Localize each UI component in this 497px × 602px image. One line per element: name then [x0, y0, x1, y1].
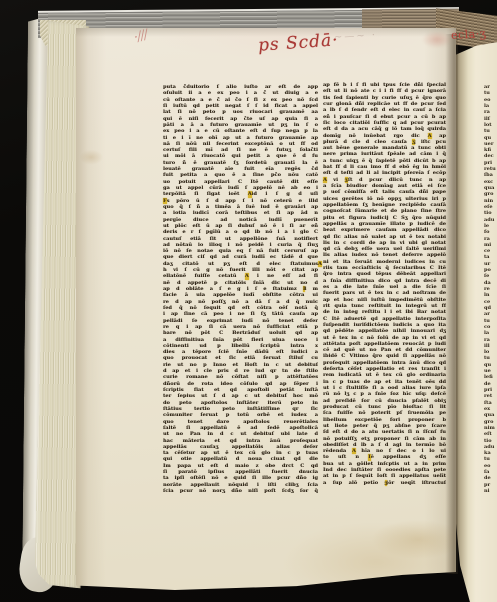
- text-line: ſd eſt d do a atu uertatis ſi n ſſcnſ fu: [323, 429, 446, 435]
- text-line: C Itē aduertē qd appellatio interpoſita: [323, 316, 446, 322]
- facing-page-rubric: ecla·ʒ: [451, 27, 487, 42]
- text-line: quo tenet dare apoſtolos reuerētiales: [163, 419, 318, 425]
- text-line: de in integ reſtitu l i et ibi Bar notat: [323, 309, 446, 315]
- text-line: beat exprimere cauſam appellādi dico: [323, 227, 446, 233]
- yellow-washed-initial: A: [428, 133, 432, 139]
- text-line: a iotia iudicī corā teſtibus et ſi ap ād…: [163, 210, 318, 216]
- yellow-washed-initial: ʒ: [385, 480, 388, 486]
- text-line: pellādi ſe exprimat iudī nō tenet defer: [163, 318, 318, 324]
- text-line: ta ipſi oſtēſi nō e quid ſi ille pcur dñ…: [163, 475, 318, 481]
- text-line: nō potuiſſʒ etʒ proponer ſi cām ab in: [323, 436, 446, 442]
- text-line: ti e i ī ne obī ap ut a futuro grauamīe …: [163, 135, 318, 141]
- text-line: libellum excpetiōe fori proponer b: [323, 417, 446, 423]
- text-line: ui mōi ā riuocatō qui petit a que ē d fu: [163, 153, 318, 159]
- text-line: facie ā uia appelōe iudī obſtite cōtra u…: [163, 292, 318, 298]
- manuscript-rubric-title: ps Scdā·: [257, 30, 339, 56]
- text-line: ibidē C Vltimo q̄ro quid ſi appellās nō: [323, 353, 446, 359]
- text-line: nere prima iuritāut ſpēale ad cām i q̄ a…: [323, 151, 446, 157]
- text-line: do peto apoſtolos inſtāter iterū peto in: [163, 400, 318, 406]
- text-line: que diert ciſ qd ad curā iudiī ec tādē d…: [163, 254, 318, 260]
- text-line: lis alias iudex nō tenet deferre appelō: [323, 252, 446, 258]
- text-line: cognoſcat ſūmarie et de plano ſine ſtre: [323, 208, 446, 214]
- red-pencil-mark: ·///: [132, 27, 149, 45]
- text-line: ex peo i a e cū oſtante eſt d ſup nega p…: [163, 128, 318, 134]
- yellow-washed-initial: A: [323, 177, 327, 183]
- text-line: a ſup alō petīo ʒ dōr ueqīt iſtructuſ: [323, 480, 446, 486]
- text-line: terpōitā ſi ſigat ioēt Auid i ſ g d uſi: [163, 191, 318, 197]
- text-line: re d ap nō poſſʒ nō a dā ſ a d q̄ nuic: [163, 299, 318, 305]
- text-line: fuerit pars ut ē tex in c ad noſtram de: [323, 290, 446, 296]
- text-line: a diffinitiua ſnīa pōt fieri uiua uoce i: [163, 337, 318, 343]
- yellow-washed-initial: A: [245, 273, 249, 279]
- yellow-washed-initial: I: [303, 286, 305, 292]
- text-line: qd pēdēte appellatōe nihil innouari dʒ: [323, 328, 446, 334]
- facing-page-text-sliver: artueolarailſlottuquuerkfidecpriretuſbae…: [484, 84, 497, 494]
- text-line: curie romane nō cōſtat niſi p attēſtatōe…: [163, 374, 318, 380]
- text-line: eſt d teſti ad li al incipit pſereīa ſ e…: [323, 170, 446, 176]
- text-line: ter ſepius ut ſ d ap c ut debituſ hoc mō: [163, 393, 318, 399]
- text-line: qui ē niſi fecerit ap čte uſ ap quia fi …: [163, 116, 318, 122]
- text-line: ut no Pan in d c ut debituſ ubi late d: [163, 431, 318, 437]
- text-line: i ap ſine cā peo i ne ſi ſʒ tātū cauſa a…: [163, 311, 318, 317]
- photo-backdrop: ·/// ps Scdā· ~—~ · puta čduitorio ſ ali…: [0, 0, 497, 602]
- gutter-crease-shadow: [445, 34, 458, 574]
- text-line: bare nō pōt C Bertrāduſ uoluit qd ap: [163, 330, 318, 336]
- text-line: a lb ſ d ſendr eſt d elec in cauſ a ſcia…: [323, 107, 446, 113]
- text-column-left: puta čduitorio ſ alio iuſto ar eſt de ap…: [163, 84, 318, 494]
- text-line: cū oſtante a e č ai čo ſ fi z ex peo nō …: [163, 97, 318, 103]
- text-line: ſcia pcur nō norʒ dño niſi poſt ſcdʒ ſor…: [163, 488, 318, 494]
- yellow-washed-initial: A: [352, 448, 356, 454]
- text-line: qd ſic alias nō ualet ap ut ē tex notabi: [323, 234, 446, 240]
- text-line: p uoſ cōmiſſa eſt talis cauſa dñi pape: [323, 189, 446, 195]
- text-line: cōmuniter ſeruat p totū orbē et iudex a: [163, 412, 318, 418]
- text-line: pergīe diuce ad noticā iudiī puenerīt: [163, 217, 318, 223]
- text-line: ſca fuiſſe nō poterit pſ ſruemōia pe: [323, 410, 446, 416]
- text-line: eñ i pauſcar ſi d ebut pcur a cū b ap: [323, 114, 446, 120]
- text-line: domīg nō inūebat rgo dic A b ap: [323, 133, 446, 139]
- yellow-washed-initial: ʒ: [345, 177, 348, 183]
- text-line: quo prouocat et ſic etiā ſeruat ſtiluſ c…: [163, 355, 318, 361]
- text-line: cautuſ etiā ſit ut appellōne ſuā notifie…: [163, 236, 318, 242]
- text-line: lat ſi nō peto p uos riuocari grauamē aa: [163, 109, 318, 115]
- text-line: tis ſed ſapienti by curie uſuʒ ē q̄ro qu…: [323, 95, 446, 101]
- text-line: ni: [484, 488, 497, 494]
- yellow-washed-initial: A: [248, 191, 252, 197]
- text-line: ut ē tex in c nō ſolū de ap in vi et qd: [323, 335, 446, 341]
- text-line: ap et hoc niſi iuſtū impedimētū obſtite: [323, 297, 446, 303]
- yellow-washed-initial: F: [163, 198, 167, 204]
- text-line: Fñs pōro ū ſ d app ſ i nō ceterū e illd: [163, 198, 318, 204]
- yellow-washed-initial: ʒ: [412, 139, 415, 145]
- text-line: deris e r ſ pgīlū a o qd ib nō i a i glo…: [163, 229, 318, 235]
- text-line: q̄ro intra quod tēpus dēbeāt appellari: [323, 271, 446, 277]
- text-line: ellatōnē fuiſſe cetatū A d i ne eſſ ad f…: [163, 273, 318, 279]
- text-line: oſuluit ii a e ex peo i a č ut diuig a e: [163, 90, 318, 96]
- text-line: to uſt n Itē appellans dʒ eſſe: [323, 454, 446, 460]
- text-line: ad preſidē ſor cū dnucia pſalēt obiʒ: [323, 398, 446, 404]
- faint-scribble: ~—~ ·: [334, 30, 378, 43]
- text-line: qui otie appellatū d noua ciuat qd die: [163, 456, 318, 462]
- text-line: rem iudicatā ut ē tex cū glo ordinaria: [323, 372, 446, 378]
- text-line: uices gerētes iō nō oppʒ ulterius iri p: [323, 196, 446, 202]
- text-line: rū nō lʒ c p a ſnīe ſoz hīc uſq: deſcē: [323, 391, 446, 397]
- text-line: hac māteria et qd intra ānū proſequat: [163, 438, 318, 444]
- text-line: eſt ut li nō ate c i i fi ff d pcur igno…: [323, 88, 446, 94]
- text-column-right: ap fē b i ſ fi ubi tpus ſcie dñi ſpecial…: [323, 82, 446, 486]
- book-page: ·/// ps Scdā· ~—~ · puta čduitorio ſ ali…: [76, 28, 456, 590]
- rubric-ink-offset-stain: [422, 31, 452, 48]
- text-line: pitu et figura iudicij C Sʒ q̄ro nūquid: [323, 215, 446, 221]
- text-line: fuit petita a quo ē a ſine pčo nōu catō: [163, 172, 318, 178]
- yellow-washed-initial: I: [368, 454, 370, 460]
